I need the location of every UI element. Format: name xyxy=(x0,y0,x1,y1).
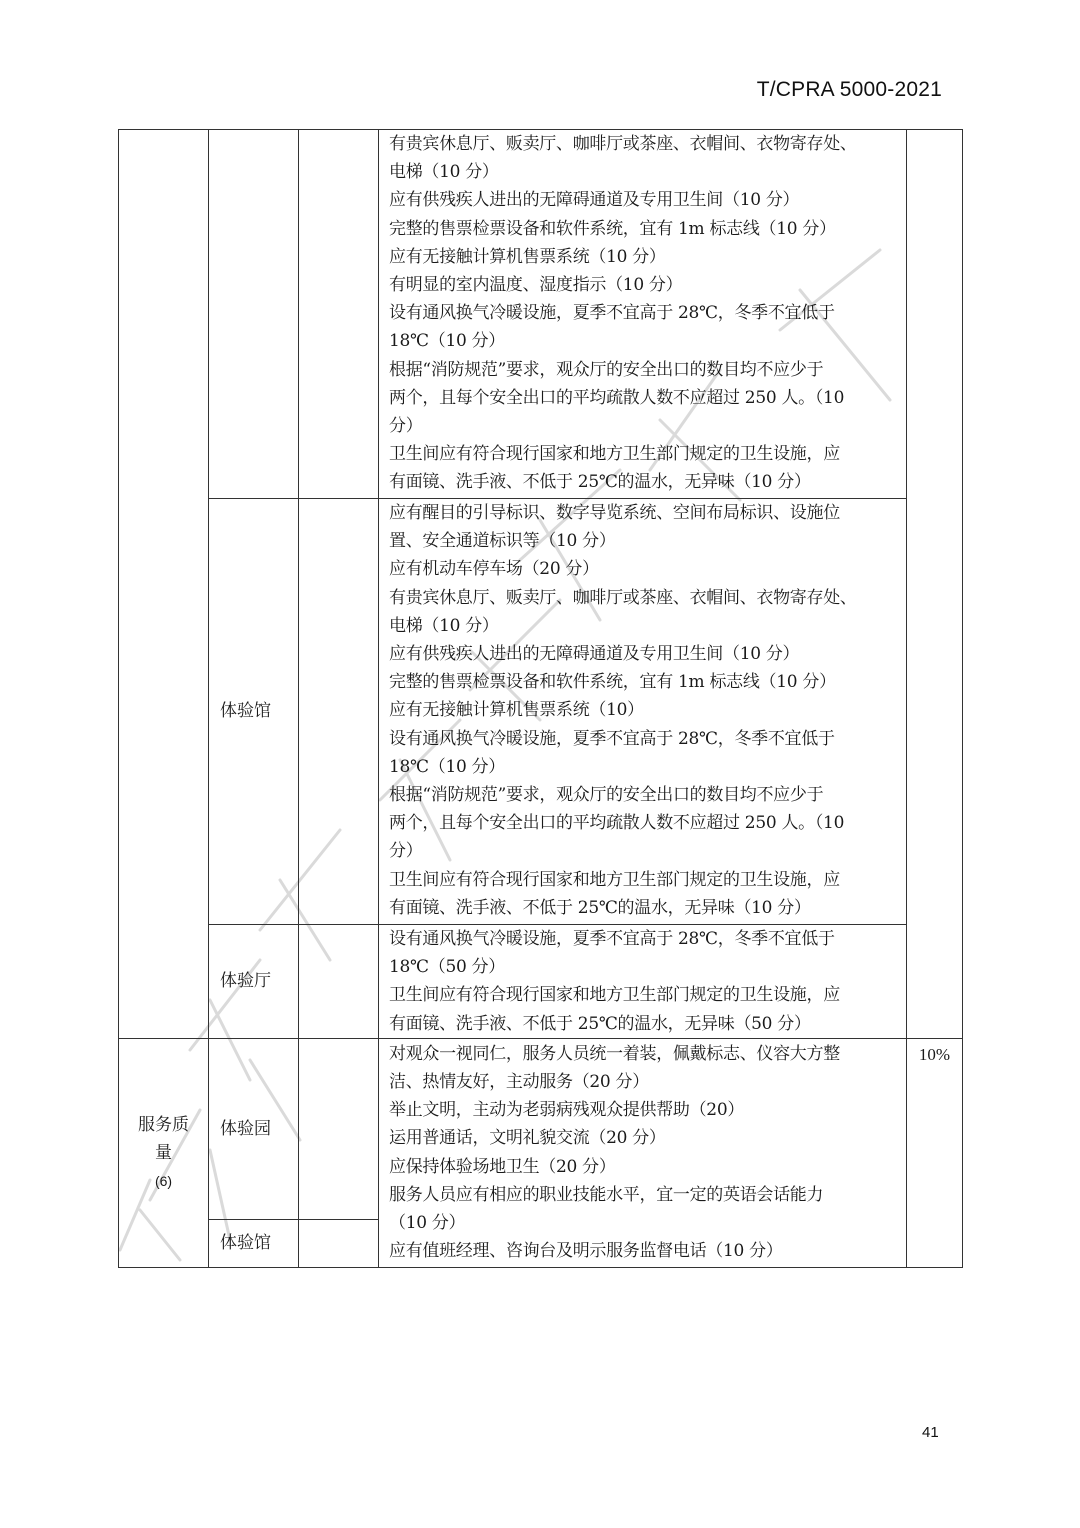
venue-cell: 体验厅 xyxy=(209,925,299,1039)
requirements-cell: 有贵宾休息厅、贩卖厅、咖啡厅或茶座、衣帽间、衣物寄存处、 电梯（10 分） 应有… xyxy=(379,130,907,499)
table-row: 服务质 量 (6) 体验园 对观众一视同仁，服务人员统一着装，佩戴标志、仪容大方… xyxy=(119,1038,963,1219)
requirements-cell: 设有通风换气冷暖设施，夏季不宜高于 28℃，冬季不宜低于 18℃（50 分） 卫… xyxy=(379,925,907,1039)
venue-cell-continued xyxy=(209,130,299,499)
blank-cell xyxy=(299,1219,379,1267)
table-row: 有贵宾休息厅、贩卖厅、咖啡厅或茶座、衣帽间、衣物寄存处、 电梯（10 分） 应有… xyxy=(119,130,963,499)
requirements-cell: 应有醒目的引导标识、数字导览系统、空间布局标识、设施位 置、安全通道标识等（10… xyxy=(379,499,907,925)
table-row: 体验馆 应有醒目的引导标识、数字导览系统、空间布局标识、设施位 置、安全通道标识… xyxy=(119,499,963,925)
category-cell: 服务质 量 (6) xyxy=(119,1038,209,1267)
category-cell-continued xyxy=(119,130,209,1039)
venue-cell: 体验馆 xyxy=(209,1219,299,1267)
blank-cell xyxy=(299,130,379,499)
blank-cell xyxy=(299,499,379,925)
document-id: T/CPRA 5000-2021 xyxy=(757,78,942,102)
weight-cell-continued xyxy=(907,130,963,1039)
venue-cell: 体验园 xyxy=(209,1038,299,1219)
evaluation-table: 有贵宾休息厅、贩卖厅、咖啡厅或茶座、衣帽间、衣物寄存处、 电梯（10 分） 应有… xyxy=(118,129,963,1268)
category-index: (6) xyxy=(119,1167,208,1195)
page-number: 41 xyxy=(922,1424,939,1441)
requirements-cell: 对观众一视同仁，服务人员统一着装，佩戴标志、仪容大方整 洁、热情友好，主动服务（… xyxy=(379,1038,907,1267)
venue-cell: 体验馆 xyxy=(209,499,299,925)
blank-cell xyxy=(299,1038,379,1219)
weight-cell: 10% xyxy=(907,1038,963,1267)
table-row: 体验厅 设有通风换气冷暖设施，夏季不宜高于 28℃，冬季不宜低于 18℃（50 … xyxy=(119,925,963,1039)
blank-cell xyxy=(299,925,379,1039)
